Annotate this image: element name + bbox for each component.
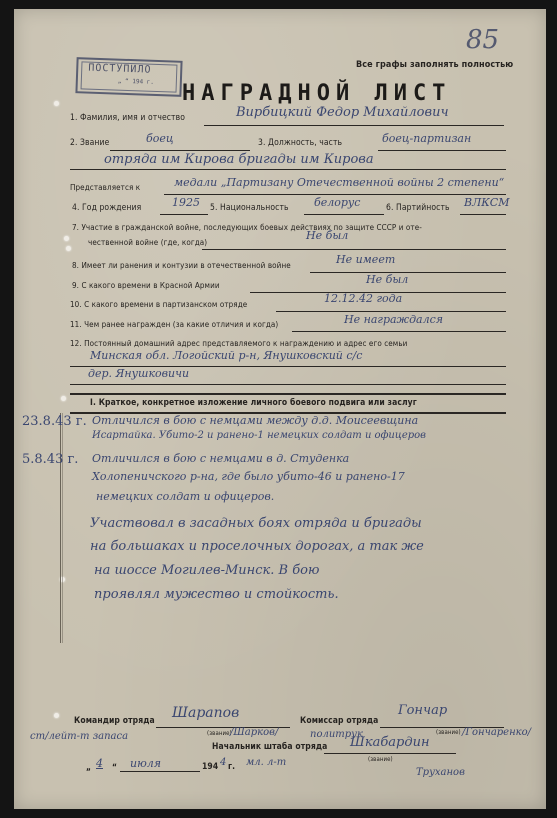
date-rank: мл. л-т (246, 757, 286, 768)
chief-of-staff-label: Начальник штаба отряда (212, 742, 327, 752)
punch-hole (64, 236, 69, 241)
date-year-suffix: 4 (220, 757, 226, 768)
chief-of-staff-signature: Шкабардин (350, 735, 430, 750)
field-label-birth-year: 4. Год рождения (72, 203, 141, 213)
chief-of-staff-name: Труханов (416, 767, 465, 778)
punch-hole (61, 396, 66, 401)
commissar-signature: Гончар (398, 703, 447, 718)
received-stamp: ПОСТУПИЛО „ “ 194 г. (75, 57, 182, 97)
field-label-war-participation: 7. Участие в гражданской войне, последую… (72, 223, 422, 232)
field-value-address-line1: Минская обл. Логойский р-н, Янушковский … (90, 349, 362, 362)
date-year-label: г. (228, 762, 235, 772)
field-value-fullname: Вирбицкий Федор Михайлович (236, 105, 449, 120)
commander-name: /Шарков/ (230, 727, 278, 738)
field-label-position: 3. Должность, часть (258, 138, 342, 148)
field-label-address: 12. Постоянный домашний адрес представля… (70, 339, 407, 348)
paragraph-line-2: на большаках и проселочных дорогах, а та… (90, 539, 424, 554)
field-value-birth-year: 1925 (172, 196, 200, 209)
punch-hole (54, 713, 59, 718)
field-label-award: Представляется к (70, 183, 140, 192)
field-value-position: боец-партизан (382, 132, 471, 145)
stamp-word: ПОСТУПИЛО (88, 63, 152, 76)
field-value-address-line2: дер. Янушковичи (88, 367, 189, 380)
punch-hole (54, 101, 59, 106)
date-day: 4 (96, 757, 103, 770)
field-value-partisan-since: 12.12.42 года (324, 292, 402, 305)
commissar-name: /Гончаренко/ (462, 727, 531, 738)
entry-date-1: 23.8.43 г. (22, 414, 87, 429)
entry-1-line-1: Отличился в бою с немцами между д.д. Мои… (92, 414, 418, 427)
entry-date-2: 5.8.43 г. (22, 452, 78, 467)
field-label-partisan-since: 10. С какого времени в партизанском отря… (70, 300, 247, 309)
date-month: июля (130, 757, 161, 770)
field-value-party: ВЛКСМ (464, 196, 509, 209)
field-value-red-army: Не был (366, 273, 408, 286)
instruction-text: Все графы заполнять полностью (356, 60, 513, 70)
punch-hole (66, 246, 71, 251)
field-label-nationality: 5. Национальность (210, 203, 289, 213)
entry-2-line-2: Холопеничского р-на, где было убито-46 и… (92, 470, 405, 483)
section-heading-merits: I. Краткое, конкретное изложение личного… (90, 398, 417, 408)
field-label-rank: 2. Звание (70, 138, 109, 148)
commissar-label: Комиссар отряда (300, 716, 378, 726)
field-value-wounds: Не имеет (336, 253, 395, 266)
field-label-wounds: 8. Имеет ли ранения и контузии в отечест… (72, 261, 291, 270)
field-label-party: 6. Партийность (386, 203, 450, 213)
paragraph-line-3: на шоссе Могилев-Минск. В бою (94, 563, 319, 578)
field-value-prior-awards: Не награждался (344, 313, 443, 326)
entry-2-line-1: Отличился в бою с немцами в д. Студенка (92, 452, 349, 465)
page-title: НАГРАДНОЙ ЛИСТ (182, 81, 451, 106)
field-value-war-participation: Не был (306, 229, 348, 242)
entry-2-line-3: немецких солдат и офицеров. (96, 490, 274, 503)
field-label-prior-awards: 11. Чем ранее награжден (за какие отличи… (70, 320, 278, 329)
archive-number: 85 (466, 25, 499, 55)
field-label-war-participation-cont: чественной войне (где, когда) (88, 238, 207, 247)
field-value-award: медали „Партизану Отечественной войны 2 … (174, 176, 504, 189)
award-sheet: 85 Все графы заполнять полностью ПОСТУПИ… (14, 9, 546, 809)
paragraph-line-4: проявлял мужество и стойкость. (94, 587, 339, 602)
paragraph-line-1: Участвовал в засадных боях отряда и бриг… (90, 516, 422, 531)
commander-label: Командир отряда (74, 716, 155, 726)
chief-of-staff-rank-caption: (звание) (368, 756, 393, 763)
date-year-prefix: 194 (202, 762, 218, 772)
commander-rank: ст/лейт-т запаса (30, 731, 128, 742)
entry-1-line-2: Исартайка. Убито-2 и ранено-1 немецких с… (92, 430, 426, 441)
commissar-rank-caption: (звание) (436, 729, 461, 736)
field-value-nationality: белорус (314, 196, 360, 209)
field-label-fullname: 1. Фамилия, имя и отчество (70, 113, 185, 123)
stamp-date: „ “ 194 г. (118, 78, 154, 86)
field-value-rank: боец (146, 132, 174, 145)
field-label-red-army: 9. С какого времени в Красной Армии (72, 281, 220, 290)
commander-signature: Шарапов (172, 705, 239, 721)
field-value-position-cont: отряда им Кирова бригады им Кирова (104, 152, 374, 167)
commander-rank-caption: (звание) (207, 730, 232, 737)
